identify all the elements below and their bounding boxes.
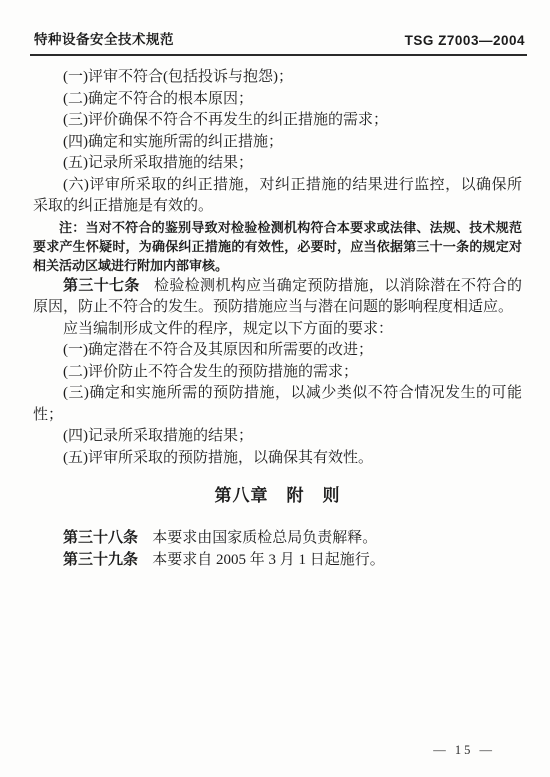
header-right-doc-code: TSG Z7003—2004 xyxy=(405,33,525,48)
article-39-number: 第三十九条 xyxy=(63,551,152,568)
chapter-heading: 第八章 附 则 xyxy=(33,485,522,507)
header-left-title: 特种设备安全技术规范 xyxy=(34,28,174,48)
procedure-paragraph: 应当编制形成文件的程序，规定以下方面的要求： xyxy=(33,319,522,341)
article-37: 第三十七条检验检测机构应当确定预防措施，以消除潜在不符合的原因，防止不符合的发生… xyxy=(33,275,522,319)
corrective-list-item-3: (三)评价确保不符合不再发生的纠正措施的需求； xyxy=(33,110,522,132)
corrective-list-item-4: (四)确定和实施所需的纠正措施； xyxy=(33,132,522,154)
preventive-list-item-2: (二)评价防止不符合发生的预防措施的需求； xyxy=(33,362,522,384)
article-38: 第三十八条本要求由国家质检总局负责解释。 xyxy=(33,527,522,550)
note-paragraph: 注：当对不符合的鉴别导致对检验检测机构符合本要求或法律、法规、技术规范要求产生怀… xyxy=(33,218,522,275)
article-39: 第三十九条本要求自 2005 年 3 月 1 日起施行。 xyxy=(33,549,522,572)
corrective-list-item-1: (一)评审不符合(包括投诉与抱怨)； xyxy=(33,67,522,89)
preventive-list-item-3: (三)确定和实施所需的预防措施，以减少类似不符合情况发生的可能性； xyxy=(33,383,522,426)
preventive-list-item-5: (五)评审所采取的预防措施，以确保其有效性。 xyxy=(33,448,522,470)
article-38-number: 第三十八条 xyxy=(63,529,152,546)
article-39-text: 本要求自 2005 年 3 月 1 日起施行。 xyxy=(152,552,385,568)
article-38-text: 本要求由国家质检总局负责解释。 xyxy=(152,530,377,546)
document-page: 特种设备安全技术规范 TSG Z7003—2004 (一)评审不符合(包括投诉与… xyxy=(0,0,550,777)
page-header: 特种设备安全技术规范 TSG Z7003—2004 xyxy=(30,28,527,56)
preventive-list-item-4: (四)记录所采取措施的结果； xyxy=(33,426,522,448)
document-body: (一)评审不符合(包括投诉与抱怨)； (二)确定不符合的根本原因； (三)评价确… xyxy=(33,67,522,572)
corrective-list-item-2: (二)确定不符合的根本原因； xyxy=(33,89,522,111)
page-number: — 15 — xyxy=(433,743,495,758)
preventive-list-item-1: (一)确定潜在不符合及其原因和所需要的改进； xyxy=(33,340,522,362)
corrective-list-item-6: (六)评审所采取的纠正措施，对纠正措施的结果进行监控，以确保所采取的纠正措施是有… xyxy=(33,175,522,218)
article-37-number: 第三十七条 xyxy=(63,277,154,294)
corrective-list-item-5: (五)记录所采取措施的结果； xyxy=(33,153,522,175)
